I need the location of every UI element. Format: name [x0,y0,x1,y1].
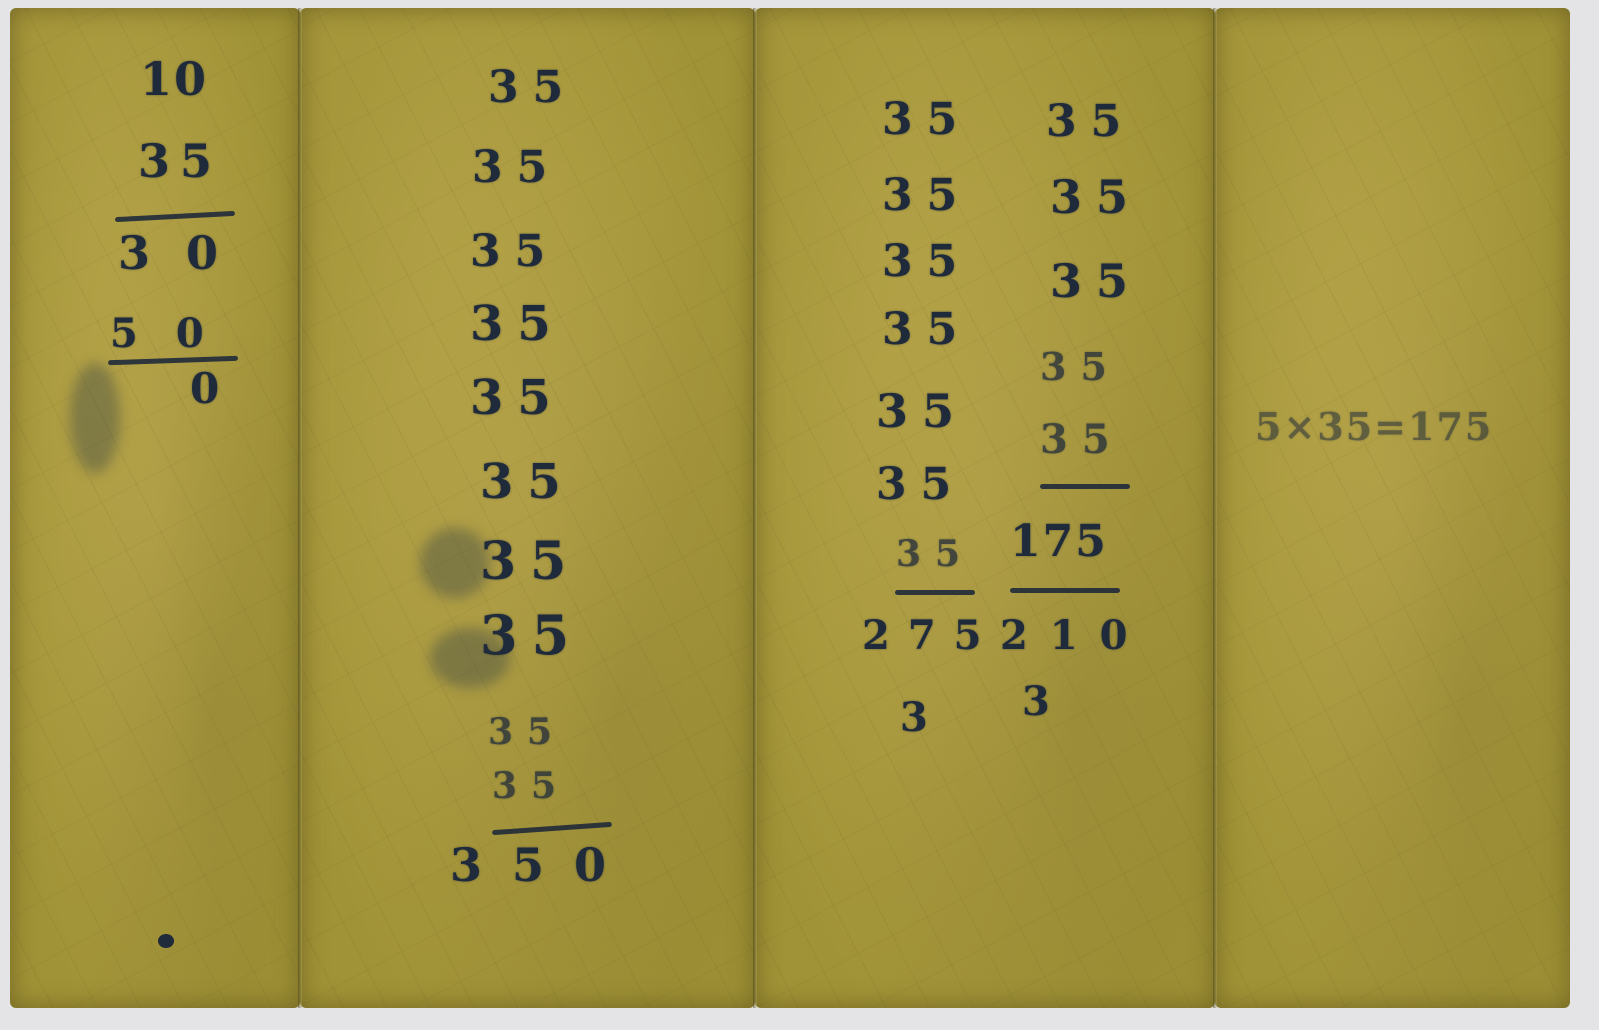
addend: 35 [470,374,565,422]
sum-total: 275 [862,616,1000,656]
equation: 5×35=175 [1255,408,1493,446]
handwritten-number: 50 [110,314,242,354]
addend: 35 [470,300,565,348]
paper-panel-3 [755,8,1215,1008]
sum-line [1010,588,1120,593]
addend: 35 [1050,174,1142,220]
addend: 35 [882,174,971,218]
fold-line-3 [1213,8,1217,1008]
addend: 35 [882,308,971,352]
folded-paper: 10 35 30 50 0 35 35 35 35 35 35 35 35 35… [10,8,1570,1008]
addend: 35 [876,388,968,434]
addend: 35 [1050,258,1142,304]
addend: 35 [1040,348,1121,386]
addend: 35 [480,536,580,588]
fold-line-1 [298,8,302,1008]
ink-blot [70,363,120,473]
addend: 35 [1046,100,1135,144]
addend: 35 [492,768,570,804]
ink-dot [158,934,174,948]
sum-line [1040,484,1130,489]
sum-total: 350 [450,842,636,888]
addend: 35 [882,98,971,142]
handwritten-number: 30 [118,230,254,276]
addend: 35 [480,458,575,506]
addend: 35 [882,240,971,284]
addend: 35 [480,608,583,662]
sum-line [895,590,975,595]
handwritten-number: 0 [190,368,233,410]
handwritten-number: 35 [138,138,222,184]
carry-digit: 3 [900,698,942,738]
subtotal: 175 [1010,520,1108,564]
addend: 35 [876,463,965,507]
carry-digit: 3 [1022,682,1064,722]
addend: 35 [896,536,974,572]
paper-panel-4 [1215,8,1570,1008]
addend: 35 [1040,420,1124,460]
handwritten-number: 10 [140,56,208,102]
fold-line-2 [753,8,757,1008]
addend: 35 [488,66,577,110]
sum-total: 210 [1000,616,1150,656]
addend: 35 [472,146,561,190]
addend: 35 [488,714,566,750]
addend: 35 [470,230,559,274]
